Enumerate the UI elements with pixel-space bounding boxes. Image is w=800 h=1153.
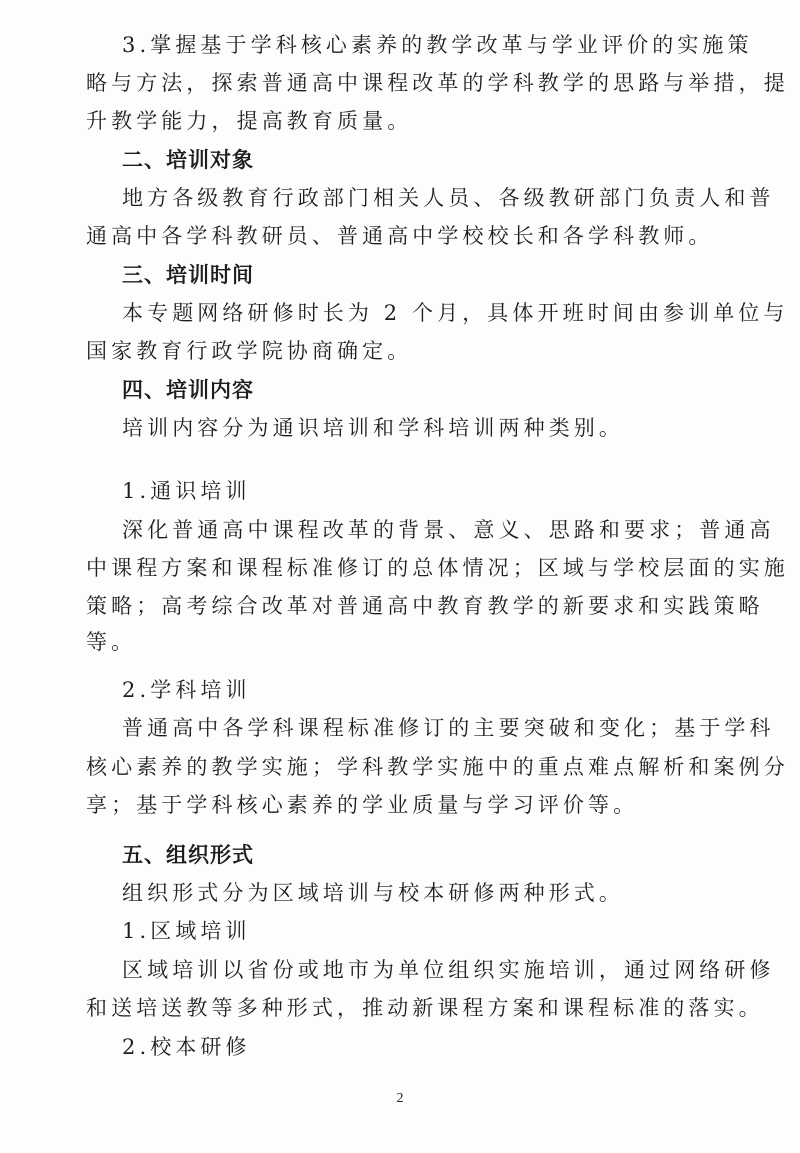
paragraph-line: 等。: [86, 629, 136, 655]
paragraph-line: 3.掌握基于学科核心素养的教学改革与学业评价的实施策: [122, 32, 753, 58]
paragraph-line: 和送培送教等多种形式，推动新课程方案和课程标准的落实。: [86, 995, 764, 1021]
paragraph-line: 区域培训以省份或地市为单位组织实施培训，通过网络研修: [122, 957, 775, 983]
subsection-heading: 2.学科培训: [122, 677, 251, 703]
paragraph-line: 培训内容分为通识培训和学科培训两种类别。: [122, 415, 624, 441]
subsection-heading: 1.区域培训: [122, 918, 251, 944]
paragraph-line: 本专题网络研修时长为 2 个月，具体开班时间由参训单位与: [122, 300, 789, 326]
paragraph-line: 策略；高考综合改革对普通高中教育教学的新要求和实践策略: [86, 593, 764, 619]
paragraph-line: 享；基于学科核心素养的学业质量与学习评价等。: [86, 792, 638, 818]
subsection-heading: 2.校本研修: [122, 1034, 251, 1060]
document-page: 3.掌握基于学科核心素养的教学改革与学业评价的实施策略与方法，探索普通高中课程改…: [0, 0, 800, 1153]
paragraph-line: 普通高中各学科课程标准修订的主要突破和变化；基于学科: [122, 715, 775, 741]
subsection-heading: 1.通识培训: [122, 478, 251, 504]
paragraph-line: 通高中各学科教研员、普通高中学校校长和各学科教师。: [86, 223, 714, 249]
paragraph-line: 地方各级教育行政部门相关人员、各级教研部门负责人和普: [122, 185, 775, 211]
paragraph-line: 组织形式分为区域培训与校本研修两种形式。: [122, 880, 624, 906]
section-heading: 三、培训时间: [122, 262, 254, 288]
section-heading: 二、培训对象: [122, 147, 254, 173]
section-heading: 四、培训内容: [122, 377, 254, 403]
paragraph-line: 深化普通高中课程改革的背景、意义、思路和要求；普通高: [122, 517, 775, 543]
section-heading: 五、组织形式: [122, 842, 254, 868]
paragraph-line: 中课程方案和课程标准修订的总体情况；区域与学校层面的实施: [86, 555, 789, 581]
paragraph-line: 核心素养的教学实施；学科教学实施中的重点难点解析和案例分: [86, 754, 789, 780]
page-number: 2: [0, 1091, 800, 1107]
paragraph-line: 国家教育行政学院协商确定。: [86, 338, 412, 364]
paragraph-line: 升教学能力，提高教育质量。: [86, 108, 412, 134]
paragraph-line: 略与方法，探索普通高中课程改革的学科教学的思路与举措，提: [86, 70, 789, 96]
